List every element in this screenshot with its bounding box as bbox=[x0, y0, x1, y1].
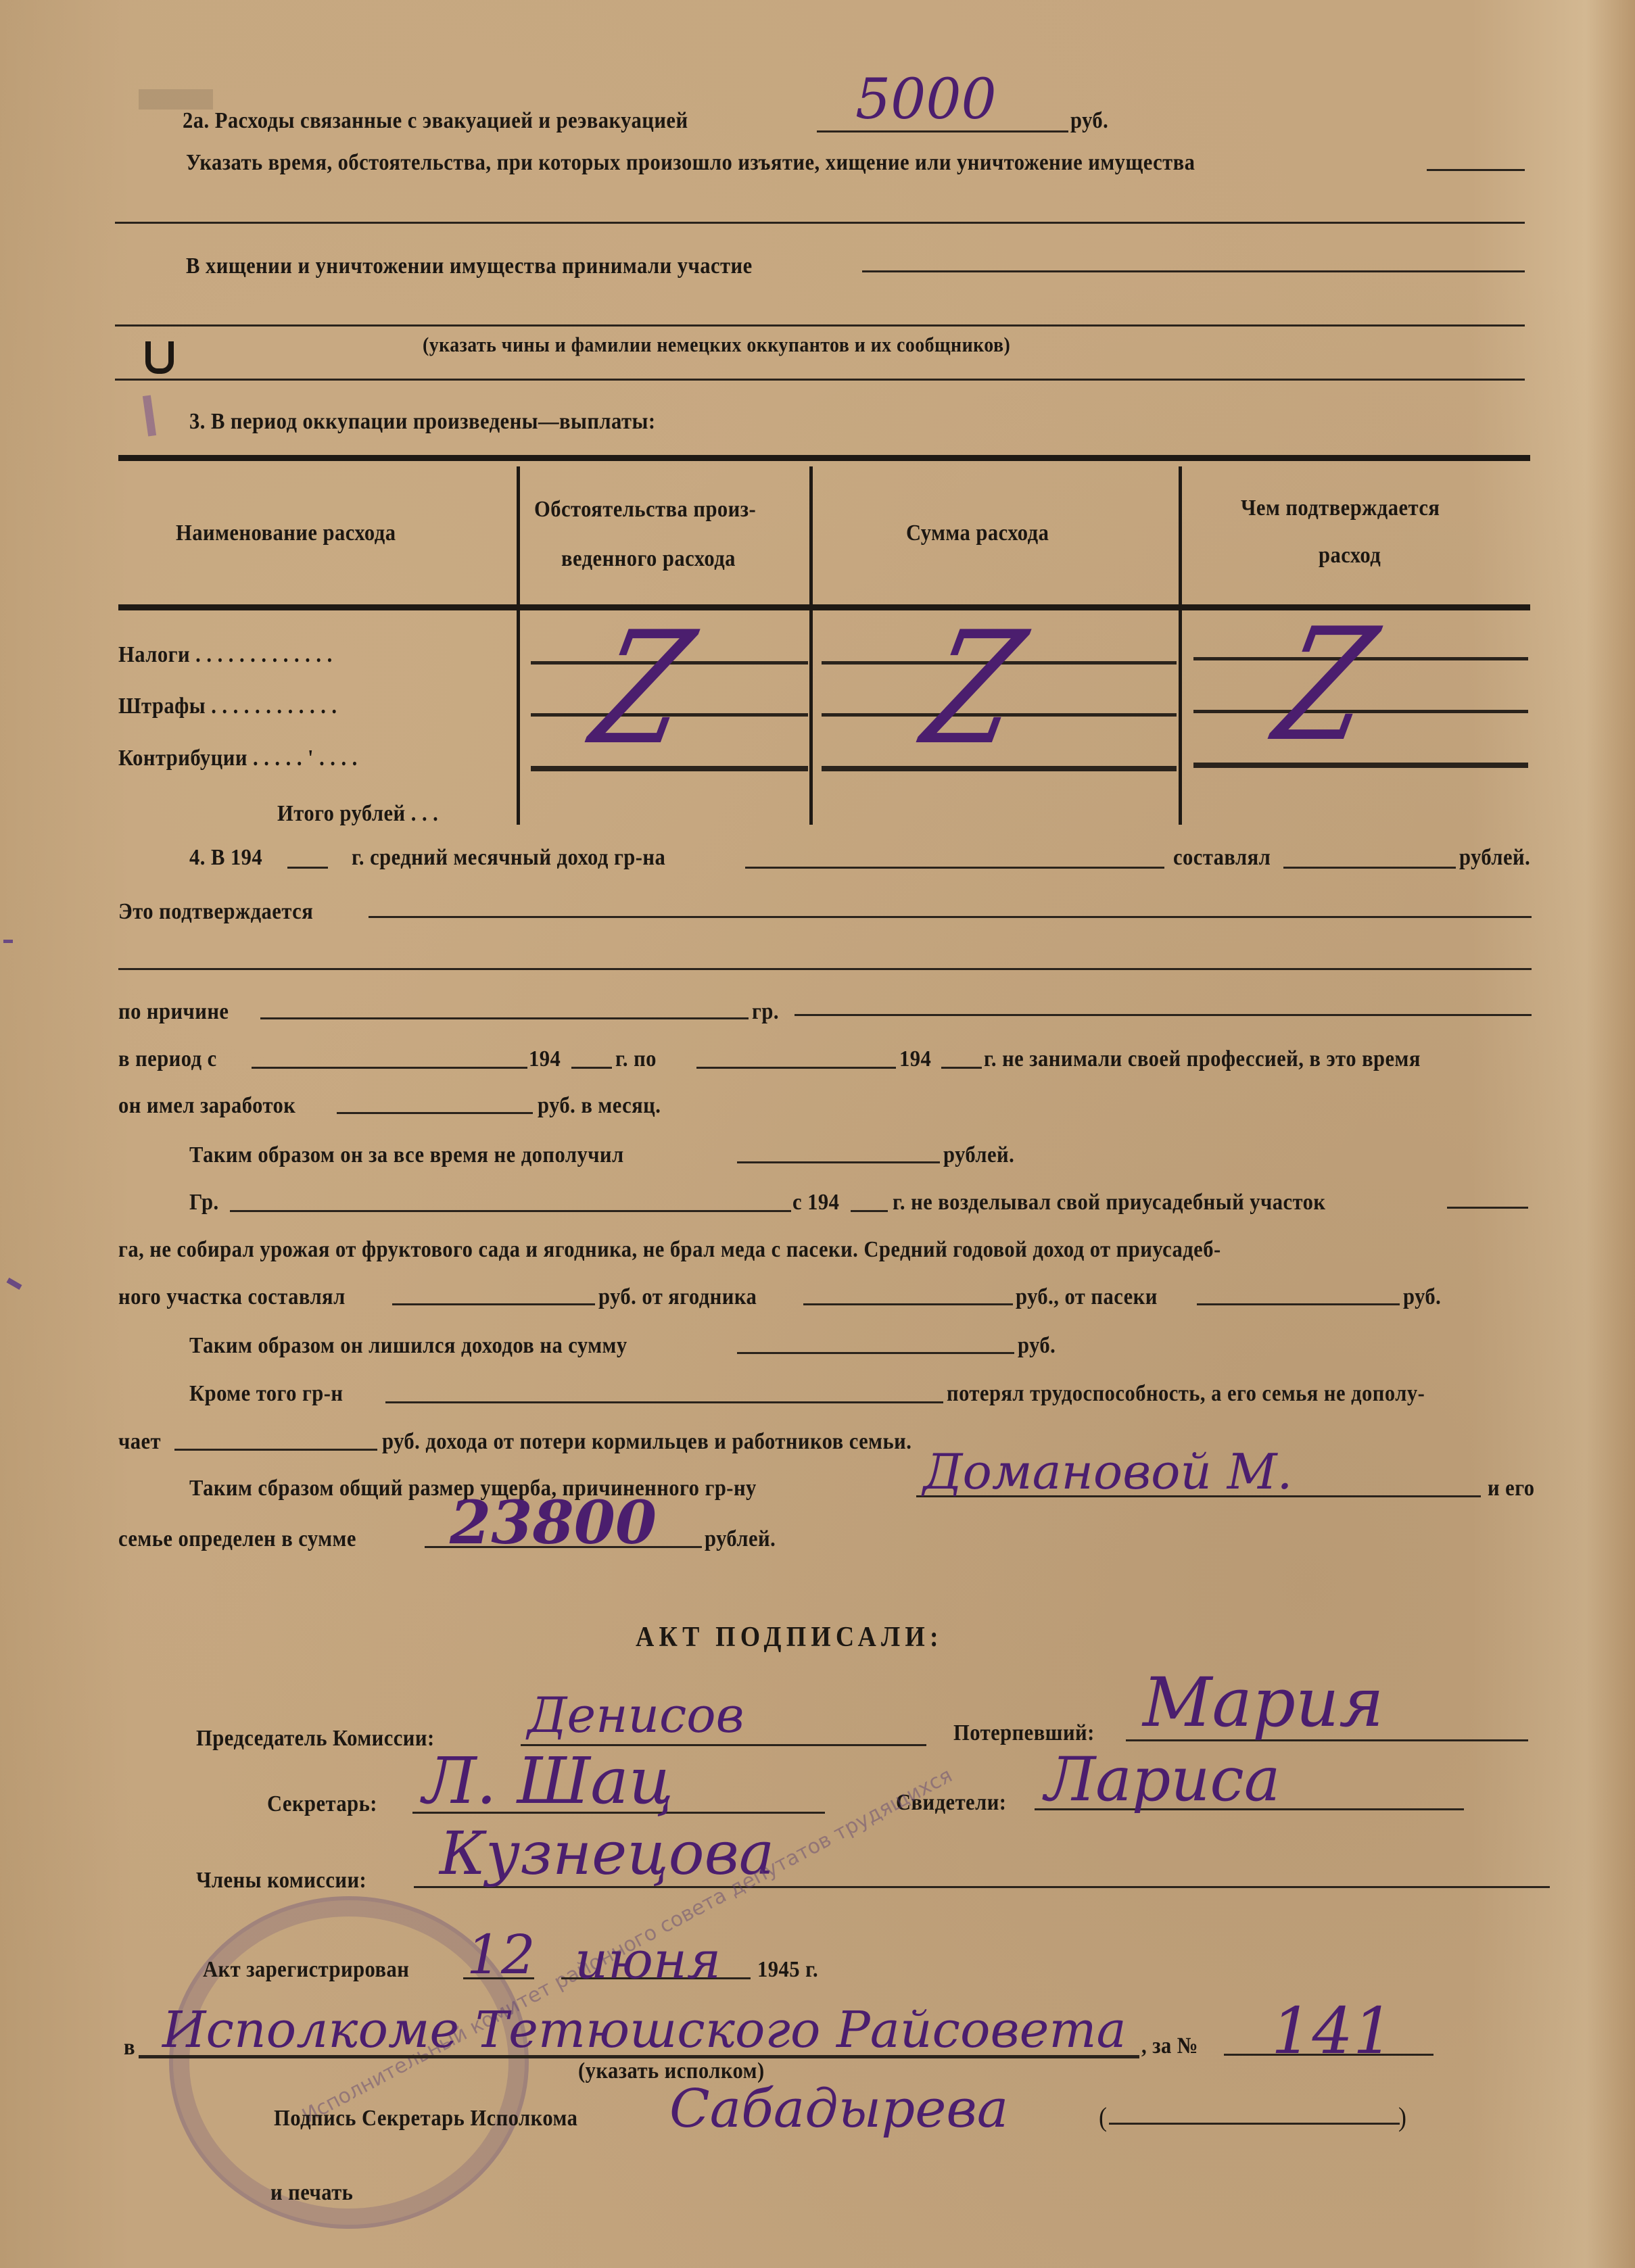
s4-period-year2-field[interactable] bbox=[941, 1067, 982, 1069]
s4-lost-field[interactable] bbox=[737, 1352, 1014, 1354]
s4-reason-gr: гр. bbox=[752, 999, 779, 1025]
number-value[interactable]: 141 bbox=[1271, 1994, 1394, 2069]
secretary-signature[interactable]: Л. Шац bbox=[423, 1744, 673, 1818]
s4-plot-line2: га, не собирал урожая от фруктового сада… bbox=[118, 1237, 1221, 1263]
s4-amount-field[interactable] bbox=[1283, 867, 1456, 869]
registration-year: 1945 г. bbox=[757, 1957, 818, 1983]
s4-family-label: чает bbox=[118, 1429, 161, 1455]
s4-period-year1-field[interactable] bbox=[571, 1067, 612, 1069]
s4-period-year1: 194 bbox=[529, 1046, 561, 1072]
table-col-divider-3 bbox=[1179, 466, 1182, 825]
s4-period-rest: г. не занимали своей профессией, в это в… bbox=[984, 1046, 1421, 1072]
s4-plot-line3-c: руб., от пасеки bbox=[1016, 1284, 1158, 1310]
s4-amount-label: составлял bbox=[1173, 845, 1271, 871]
s4-confirmed-field[interactable] bbox=[369, 916, 1532, 918]
s4-plot-area-field[interactable] bbox=[1447, 1207, 1528, 1209]
participants-field-line-2[interactable] bbox=[115, 324, 1525, 327]
s4-earnings-field[interactable] bbox=[337, 1112, 533, 1114]
table-row-contributions: Контрибуции . . . . . ' . . . . bbox=[118, 746, 358, 771]
s4-reason-label: по нричине bbox=[118, 999, 229, 1025]
edge-ink-mark bbox=[6, 1278, 22, 1290]
table-row-fines: Штрафы . . . . . . . . . . . . bbox=[118, 694, 337, 719]
s4-plot-line3-b: руб. от ягодника bbox=[598, 1284, 757, 1310]
table-header-name: Наименование расхода bbox=[176, 521, 396, 546]
punch-hole-mark bbox=[145, 341, 174, 374]
victim-label: Потерпевший: bbox=[953, 1720, 1095, 1746]
exec-secretary-line[interactable] bbox=[1109, 2123, 1400, 2125]
table-header-proof-2: расход bbox=[1319, 543, 1381, 569]
members-label: Члены комиссии: bbox=[196, 1868, 366, 1893]
s4-reason-field[interactable] bbox=[260, 1017, 749, 1019]
s4-plot-gr: Гр. bbox=[189, 1190, 219, 1215]
s4-total-and: и его bbox=[1488, 1476, 1535, 1501]
table-header-circumstances-2: веденного расхода bbox=[561, 546, 736, 572]
s4-year-prefix: 4. В 194 bbox=[189, 845, 262, 871]
ispolkom-value[interactable]: Исполкоме Тетюшского Райсовета bbox=[162, 2001, 1127, 2059]
cross-out-mark-circumstances: Z bbox=[582, 612, 702, 767]
registration-label: Акт зарегистрирован bbox=[203, 1957, 409, 1983]
paren-open: ( bbox=[1099, 2101, 1107, 2133]
witnesses-signature[interactable]: Лариса bbox=[1045, 1744, 1280, 1815]
table-col-divider-2 bbox=[809, 466, 813, 825]
number-label: , за № bbox=[1141, 2033, 1198, 2059]
table-row-taxes: Налоги . . . . . . . . . . . . . bbox=[118, 642, 333, 668]
s4-total-sum-unit: рублей. bbox=[705, 1526, 776, 1552]
table-header-sum: Сумма расхода bbox=[906, 521, 1049, 546]
table-header-proof-1: Чем подтверждается bbox=[1241, 496, 1440, 521]
s4-period-from-label: в период с bbox=[118, 1046, 217, 1072]
faint-mark bbox=[139, 89, 213, 110]
chairman-signature[interactable]: Денисов bbox=[527, 1687, 744, 1743]
participants-field-line[interactable] bbox=[862, 270, 1525, 272]
s4-total-name-value[interactable]: Домановой М. bbox=[923, 1443, 1292, 1500]
victim-signature[interactable]: Мария bbox=[1143, 1663, 1384, 1742]
section-2a-value[interactable]: 5000 bbox=[855, 68, 997, 132]
ispolkom-prefix: в bbox=[124, 2035, 135, 2060]
exec-secretary-signature[interactable]: Сабадырева bbox=[669, 2079, 1008, 2140]
s4-period-to-label: г. по bbox=[615, 1046, 657, 1072]
participants-label: В хищении и уничтожении имущества приним… bbox=[186, 254, 753, 279]
table-top-rule bbox=[118, 455, 1530, 461]
paren-close: ) bbox=[1398, 2101, 1406, 2133]
s4-year-field[interactable] bbox=[287, 867, 328, 869]
cell-line[interactable] bbox=[1193, 763, 1528, 768]
participants-field-line-3[interactable] bbox=[115, 379, 1525, 381]
cross-out-mark-proof: Z bbox=[1265, 608, 1385, 764]
s4-confirmed-field-2[interactable] bbox=[118, 968, 1532, 970]
s4-rubles: рублей. bbox=[1459, 845, 1530, 871]
section-2a-unit: руб. bbox=[1070, 108, 1108, 134]
s4-period-year2: 194 bbox=[899, 1046, 931, 1072]
s4-plot-line3-a: ного участка составлял bbox=[118, 1284, 346, 1310]
s4-shortfall-field[interactable] bbox=[737, 1161, 940, 1163]
table-header-circumstances-1: Обстоятельства произ- bbox=[534, 497, 756, 523]
s4-plot-income-field[interactable] bbox=[392, 1303, 595, 1305]
s4-lost-label: Таким образом он лишился доходов на сумм… bbox=[189, 1333, 627, 1359]
s4-berry-field[interactable] bbox=[803, 1303, 1013, 1305]
s4-name-field[interactable] bbox=[745, 867, 1164, 869]
s4-disability-rest: потерял трудоспособность, а его семья не… bbox=[947, 1381, 1425, 1407]
s4-total-sum-value[interactable]: 23800 bbox=[450, 1487, 657, 1558]
s4-plot-year: с 194 bbox=[792, 1190, 839, 1215]
seal-label: и печать bbox=[270, 2180, 353, 2206]
cell-line[interactable] bbox=[531, 766, 808, 771]
secretary-label: Секретарь: bbox=[267, 1791, 377, 1817]
s4-earnings-label: он имел заработок bbox=[118, 1093, 295, 1119]
s4-shortfall-label: Таким образом он за все время не дополуч… bbox=[189, 1142, 624, 1168]
s4-reason-field-2[interactable] bbox=[795, 1014, 1532, 1016]
s4-family-rest: руб. дохода от потери кормильцев и работ… bbox=[382, 1429, 911, 1455]
chairman-label: Председатель Комиссии: bbox=[196, 1726, 435, 1752]
table-col-divider-1 bbox=[517, 466, 520, 825]
s4-plot-line3-d: руб. bbox=[1403, 1284, 1441, 1310]
members-signature[interactable]: Кузнецова bbox=[440, 1818, 774, 1888]
exec-secretary-label: Подпись Секретарь Исполкома bbox=[274, 2106, 577, 2131]
s4-period-to-field[interactable] bbox=[696, 1067, 896, 1069]
s4-family-field[interactable] bbox=[174, 1449, 377, 1451]
participants-hint: (указать чины и фамилии немецких оккупан… bbox=[423, 333, 1010, 357]
s4-plot-name-field[interactable] bbox=[230, 1210, 791, 1212]
signatures-title: АКТ ПОДПИСАЛИ: bbox=[636, 1621, 943, 1654]
edge-ink-mark bbox=[3, 940, 13, 943]
circumstances-field-line-2[interactable] bbox=[115, 222, 1525, 224]
section-3-label: 3. В период оккупации произведены—выплат… bbox=[189, 409, 655, 435]
s4-plot-year-field[interactable] bbox=[851, 1210, 888, 1212]
s4-period-from-field[interactable] bbox=[252, 1067, 527, 1069]
s4-lost-unit: руб. bbox=[1018, 1333, 1056, 1359]
s4-disability-field[interactable] bbox=[385, 1401, 943, 1403]
s4-apiary-field[interactable] bbox=[1197, 1303, 1400, 1305]
circumstances-field-line[interactable] bbox=[1427, 169, 1525, 171]
s4-confirmed-label: Это подтверждается bbox=[118, 899, 313, 925]
ink-smudge bbox=[143, 395, 156, 436]
s4-total-sum-label: семье определен в сумме bbox=[118, 1526, 356, 1552]
s4-disability-label: Кроме того гр-н bbox=[189, 1381, 343, 1407]
section-2a-label: 2а. Расходы связанные с эвакуацией и реэ… bbox=[183, 108, 688, 134]
s4-income-label: г. средний месячный доход гр-на bbox=[352, 845, 665, 871]
circumstances-label: Указать время, обстоятельства, при котор… bbox=[186, 150, 1195, 176]
registration-month[interactable]: июня bbox=[575, 1930, 721, 1990]
s4-plot-desc: г. не возделывал свой приусадебный участ… bbox=[893, 1190, 1325, 1215]
registration-day[interactable]: 12 bbox=[467, 1923, 536, 1986]
cross-out-mark-sum: Z bbox=[914, 612, 1033, 767]
table-row-total: Итого рублей . . . bbox=[277, 801, 438, 827]
s4-shortfall-unit: рублей. bbox=[943, 1142, 1014, 1168]
s4-earnings-unit: руб. в месяц. bbox=[538, 1093, 661, 1119]
